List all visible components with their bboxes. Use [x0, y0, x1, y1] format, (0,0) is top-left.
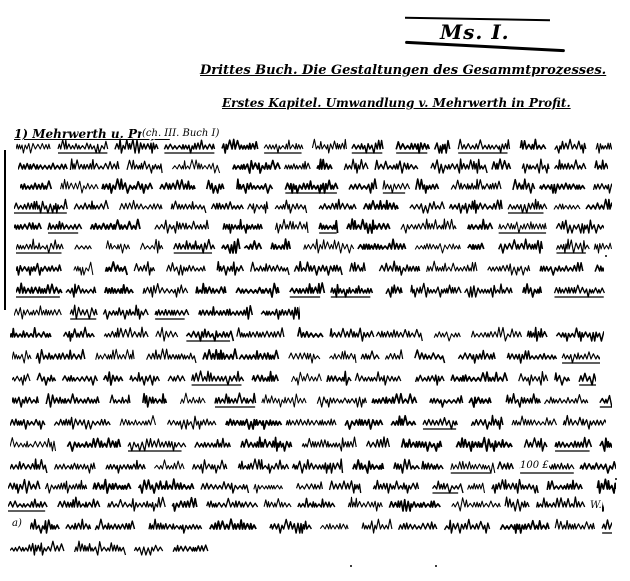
handwritten-line — [16, 259, 604, 277]
handwritten-line — [20, 177, 612, 195]
handwritten-line — [16, 281, 606, 299]
handwritten-line — [10, 325, 604, 343]
legible-fragment: W. — [590, 500, 602, 511]
chapter-title-text: Erstes Kapitel. Umwandlung v. Mehrwerth … — [222, 96, 571, 110]
legible-fragment: (ch. III. Buch I) — [142, 128, 219, 139]
handwritten-line — [8, 477, 616, 495]
handwritten-line — [14, 303, 300, 321]
legible-fragment: 100 £ — [520, 460, 549, 471]
handwritten-line — [10, 413, 606, 431]
book-title-text: Drittes Buch. Die Gestaltungen des Gesam… — [200, 63, 606, 78]
legible-fragment: a) — [12, 518, 22, 529]
handwritten-line — [30, 517, 612, 535]
ink-speck — [350, 565, 352, 567]
manuscript-page: Ms. I. Drittes Buch. Die Gestaltungen de… — [0, 0, 630, 581]
ink-speck — [615, 478, 617, 480]
margin-bracket — [4, 150, 9, 310]
handwritten-line — [10, 539, 220, 557]
handwritten-line — [14, 217, 604, 235]
handwritten-line — [16, 237, 612, 255]
handwritten-line — [18, 157, 608, 175]
handwritten-line — [16, 137, 612, 155]
book-title: Drittes Buch. Die Gestaltungen des Gesam… — [200, 63, 606, 78]
handwritten-line — [12, 391, 612, 409]
chapter-title: Erstes Kapitel. Umwandlung v. Mehrwerth … — [222, 96, 571, 110]
handwritten-line — [14, 197, 612, 215]
handwritten-line — [8, 495, 604, 513]
ink-speck — [435, 565, 437, 567]
ink-speck — [605, 255, 607, 257]
ms-mark: Ms. I. — [440, 20, 510, 44]
handwritten-line — [12, 347, 600, 365]
handwritten-line — [12, 369, 596, 387]
handwritten-line — [10, 435, 612, 453]
